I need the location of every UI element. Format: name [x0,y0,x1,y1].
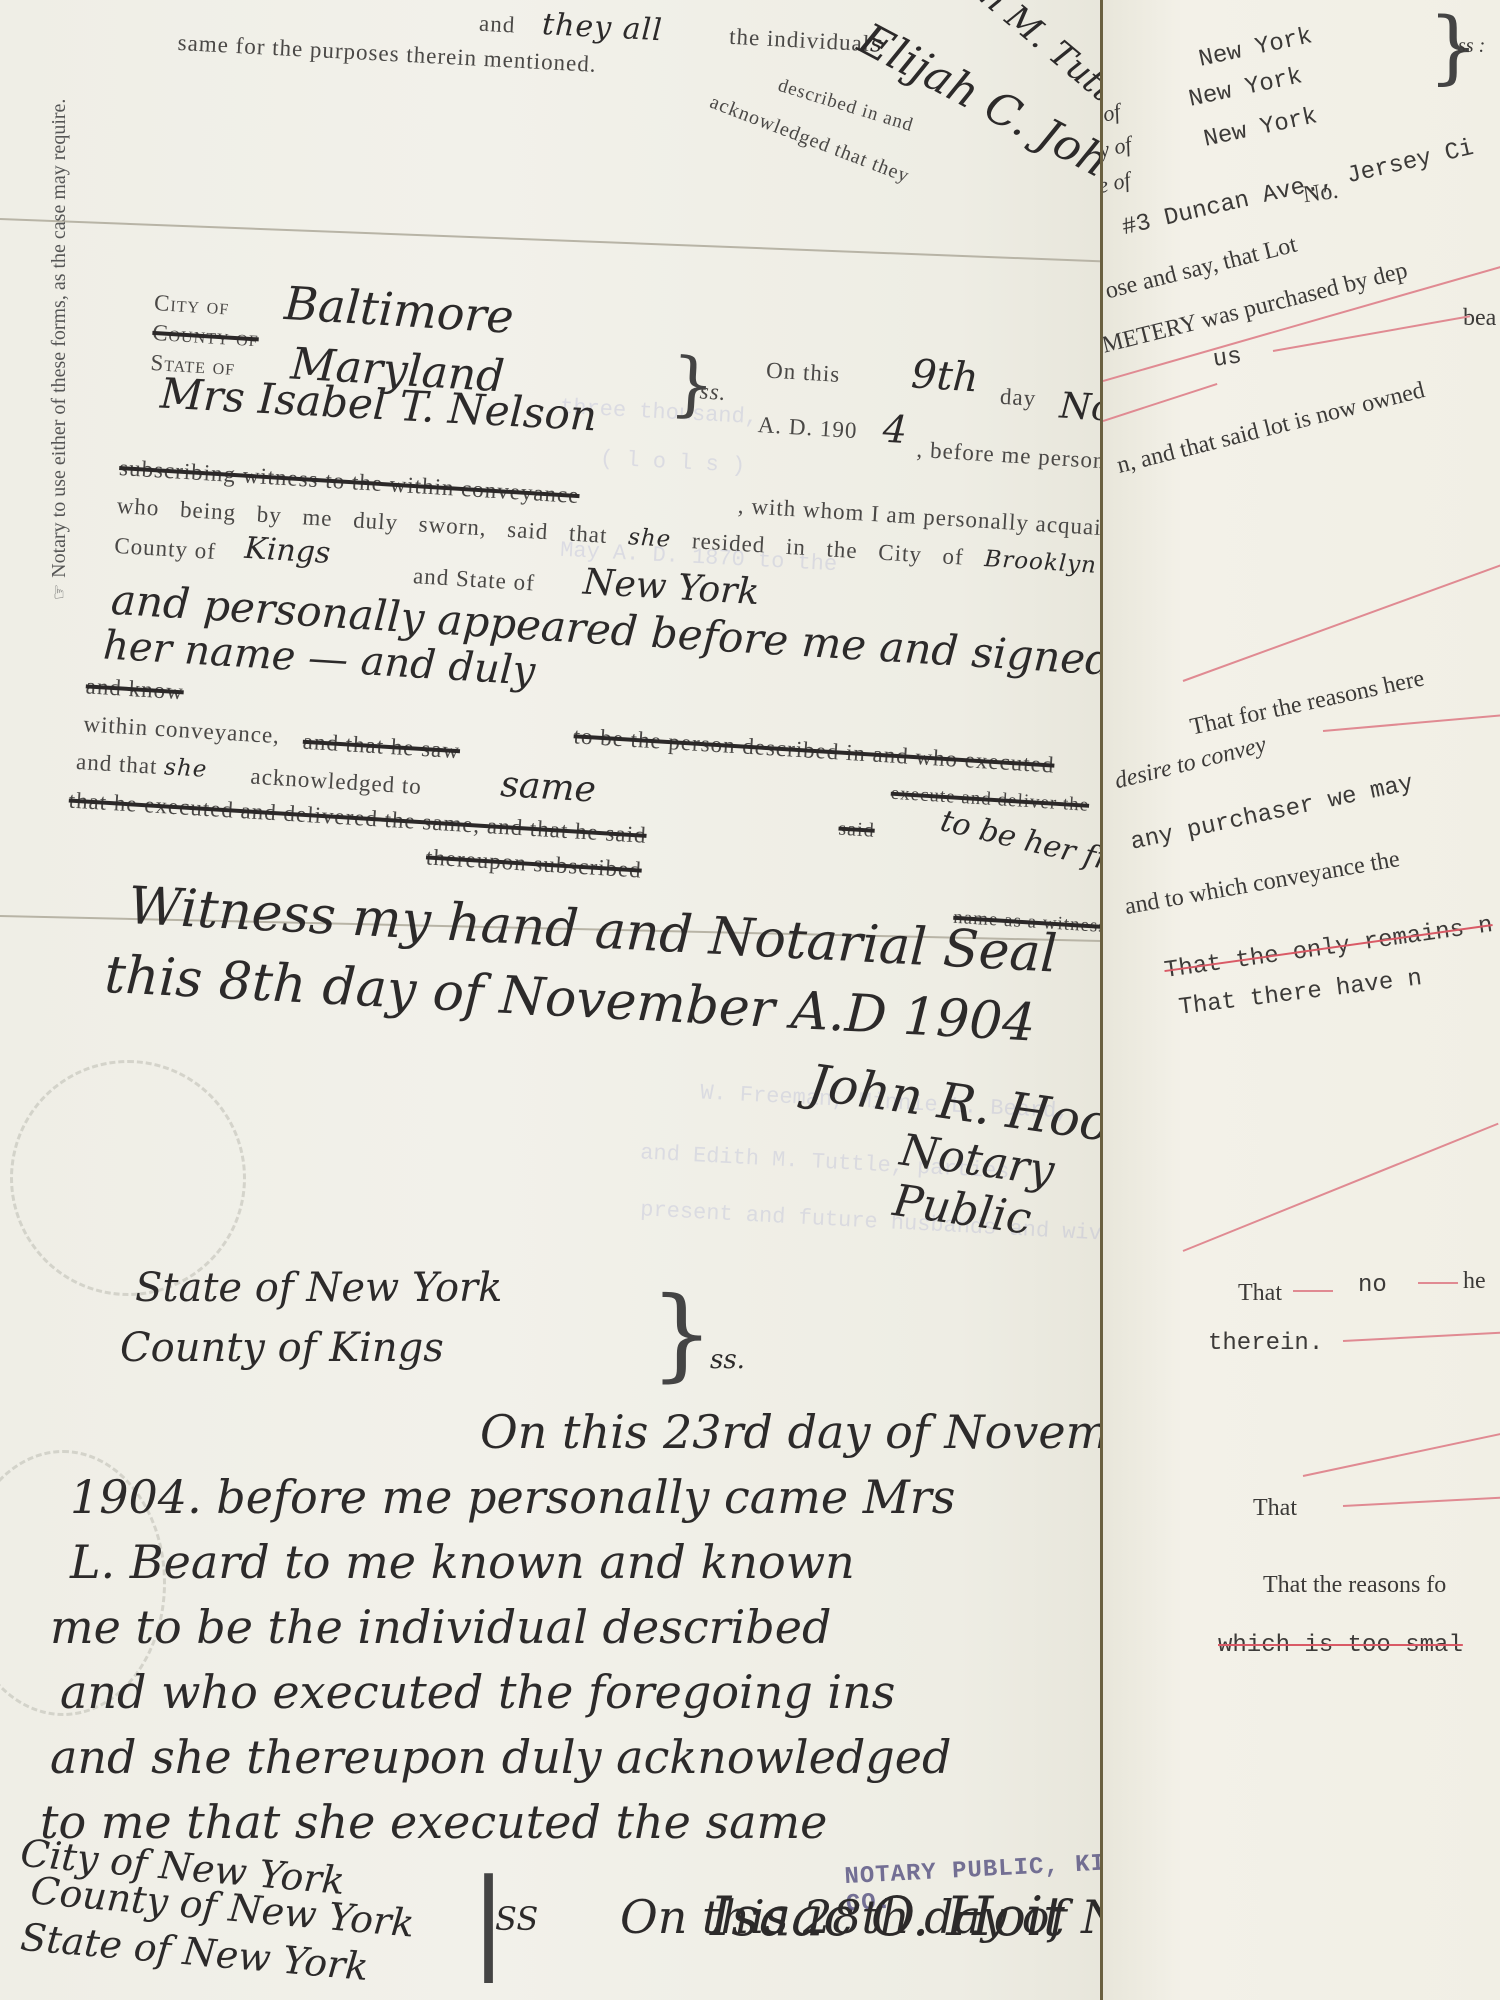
right-page: of New York ty of New York e of New York… [1100,0,1500,2000]
ny-line: and who executed the foregoing ins [60,1665,895,1719]
ny-county-line: County of Kings [120,1325,444,1371]
city-value: Baltimore [283,276,516,344]
page-fold-line [0,218,1195,266]
address-line: #3 Duncan Ave., Jersey Ci [1120,135,1477,242]
city-label: City of [153,290,230,321]
pointing-hand-icon: ☞ [49,584,70,600]
ruled-line [1343,1331,1500,1342]
ny-state-line: State of New York [135,1265,502,1311]
day-value: 9th [910,351,980,401]
county-value: Kings [243,531,331,571]
left-page: three thousand, ( l o l s ) May A. D. 18… [0,0,1195,2000]
ny-line: L. Beard to me known and known [70,1535,855,1589]
embossed-notary-seal [10,1060,246,1296]
handwritten-same: same [499,764,597,811]
county-label-struck: County of [152,320,260,352]
ruled-line [1323,713,1500,732]
bleed-through-text: ( l o l s ) [599,446,745,479]
brace: } [650,1275,714,1392]
ny-line: On this 23rd day of November [480,1405,1188,1459]
previous-acknowledgment-end: and they all the individuals same for th… [180,0,1079,47]
ny-line: me to be the individual described [50,1600,831,1654]
ny-line: and she thereupon duly acknowledged [50,1730,951,1784]
ruled-line [1418,1282,1458,1284]
ruled-line [1183,1123,1499,1252]
ruled-line [1303,1429,1500,1477]
venue-block: City of Baltimore County of State of Mar… [155,290,1153,351]
venue-value: New York [1201,103,1319,153]
ny-line: to me that she executed the same [40,1795,827,1849]
ruled-line [1343,1496,1500,1507]
ruled-line [1183,564,1500,682]
ruled-line [1273,315,1470,352]
ruled-line [1293,1290,1333,1292]
person-name: Mrs Isabel T. Nelson [159,369,598,441]
margin-note: ☞Notary to use either of these forms, as… [48,99,71,600]
ruled-line [1103,383,1218,422]
year-value: 4 [882,407,909,452]
ny-line: 1904. before me personally came Mrs [70,1470,955,1524]
